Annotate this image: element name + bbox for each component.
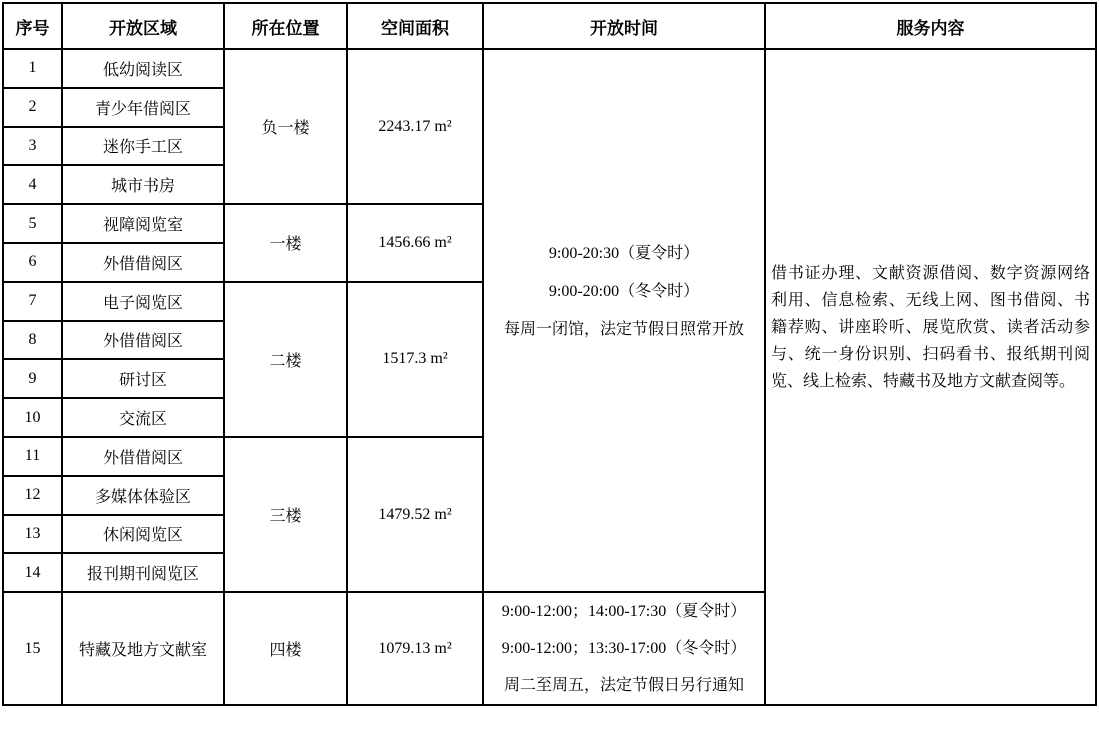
location-cell: 三楼 bbox=[224, 437, 347, 592]
space-area-cell: 1517.3 m² bbox=[347, 282, 483, 437]
header-opening-hours: 开放时间 bbox=[483, 3, 765, 49]
header-open-area: 开放区域 bbox=[62, 3, 224, 49]
opening-special-line-2: 9:00-12:00；13:30-17:00（冬令时） bbox=[484, 630, 764, 667]
opening-main-line-3: 每周一闭馆，法定节假日照常开放 bbox=[484, 311, 764, 349]
open-area-cell: 视障阅览室 bbox=[62, 204, 224, 243]
library-open-areas-table: 序号 开放区域 所在位置 空间面积 开放时间 服务内容 1 低幼阅读区 负一楼 … bbox=[2, 2, 1097, 706]
header-services: 服务内容 bbox=[765, 3, 1096, 49]
open-area-cell: 青少年借阅区 bbox=[62, 88, 224, 127]
open-area-cell: 迷你手工区 bbox=[62, 127, 224, 166]
table-row: 1 低幼阅读区 负一楼 2243.17 m² 9:00-20:30（夏令时） 9… bbox=[3, 49, 1096, 88]
row-no: 6 bbox=[3, 243, 62, 282]
open-area-cell: 外借借阅区 bbox=[62, 437, 224, 476]
space-area-cell: 1479.52 m² bbox=[347, 437, 483, 592]
row-no: 5 bbox=[3, 204, 62, 243]
header-row: 序号 开放区域 所在位置 空间面积 开放时间 服务内容 bbox=[3, 3, 1096, 49]
open-area-cell: 低幼阅读区 bbox=[62, 49, 224, 88]
opening-main-line-2: 9:00-20:00（冬令时） bbox=[484, 273, 764, 311]
services-text: 借书证办理、文献资源借阅、数字资源网络利用、信息检索、无线上网、图书借阅、书籍荐… bbox=[771, 260, 1090, 395]
open-area-cell: 报刊期刊阅览区 bbox=[62, 553, 224, 592]
location-cell: 负一楼 bbox=[224, 49, 347, 204]
services-cell: 借书证办理、文献资源借阅、数字资源网络利用、信息检索、无线上网、图书借阅、书籍荐… bbox=[765, 49, 1096, 705]
open-area-cell: 特藏及地方文献室 bbox=[62, 592, 224, 705]
row-no: 13 bbox=[3, 515, 62, 554]
opening-hours-special-cell: 9:00-12:00；14:00-17:30（夏令时） 9:00-12:00；1… bbox=[483, 592, 765, 705]
row-no: 2 bbox=[3, 88, 62, 127]
opening-hours-main-cell: 9:00-20:30（夏令时） 9:00-20:00（冬令时） 每周一闭馆，法定… bbox=[483, 49, 765, 592]
space-area-cell: 2243.17 m² bbox=[347, 49, 483, 204]
location-cell: 一楼 bbox=[224, 204, 347, 282]
row-no: 12 bbox=[3, 476, 62, 515]
open-area-cell: 外借借阅区 bbox=[62, 321, 224, 360]
opening-special-line-1: 9:00-12:00；14:00-17:30（夏令时） bbox=[484, 593, 764, 630]
space-area-cell: 1079.13 m² bbox=[347, 592, 483, 705]
open-area-cell: 城市书房 bbox=[62, 165, 224, 204]
row-no: 1 bbox=[3, 49, 62, 88]
space-area-cell: 1456.66 m² bbox=[347, 204, 483, 282]
row-no: 14 bbox=[3, 553, 62, 592]
open-area-cell: 交流区 bbox=[62, 398, 224, 437]
row-no: 10 bbox=[3, 398, 62, 437]
row-no: 7 bbox=[3, 282, 62, 321]
header-space-area: 空间面积 bbox=[347, 3, 483, 49]
opening-main-line-1: 9:00-20:30（夏令时） bbox=[484, 235, 764, 273]
open-area-cell: 外借借阅区 bbox=[62, 243, 224, 282]
opening-special-line-3: 周二至周五，法定节假日另行通知 bbox=[484, 667, 764, 704]
open-area-cell: 休闲阅览区 bbox=[62, 515, 224, 554]
header-location: 所在位置 bbox=[224, 3, 347, 49]
row-no: 15 bbox=[3, 592, 62, 705]
row-no: 11 bbox=[3, 437, 62, 476]
row-no: 4 bbox=[3, 165, 62, 204]
row-no: 3 bbox=[3, 127, 62, 166]
location-cell: 二楼 bbox=[224, 282, 347, 437]
open-area-cell: 研讨区 bbox=[62, 359, 224, 398]
row-no: 8 bbox=[3, 321, 62, 360]
header-no: 序号 bbox=[3, 3, 62, 49]
open-area-cell: 多媒体体验区 bbox=[62, 476, 224, 515]
open-area-cell: 电子阅览区 bbox=[62, 282, 224, 321]
location-cell: 四楼 bbox=[224, 592, 347, 705]
row-no: 9 bbox=[3, 359, 62, 398]
